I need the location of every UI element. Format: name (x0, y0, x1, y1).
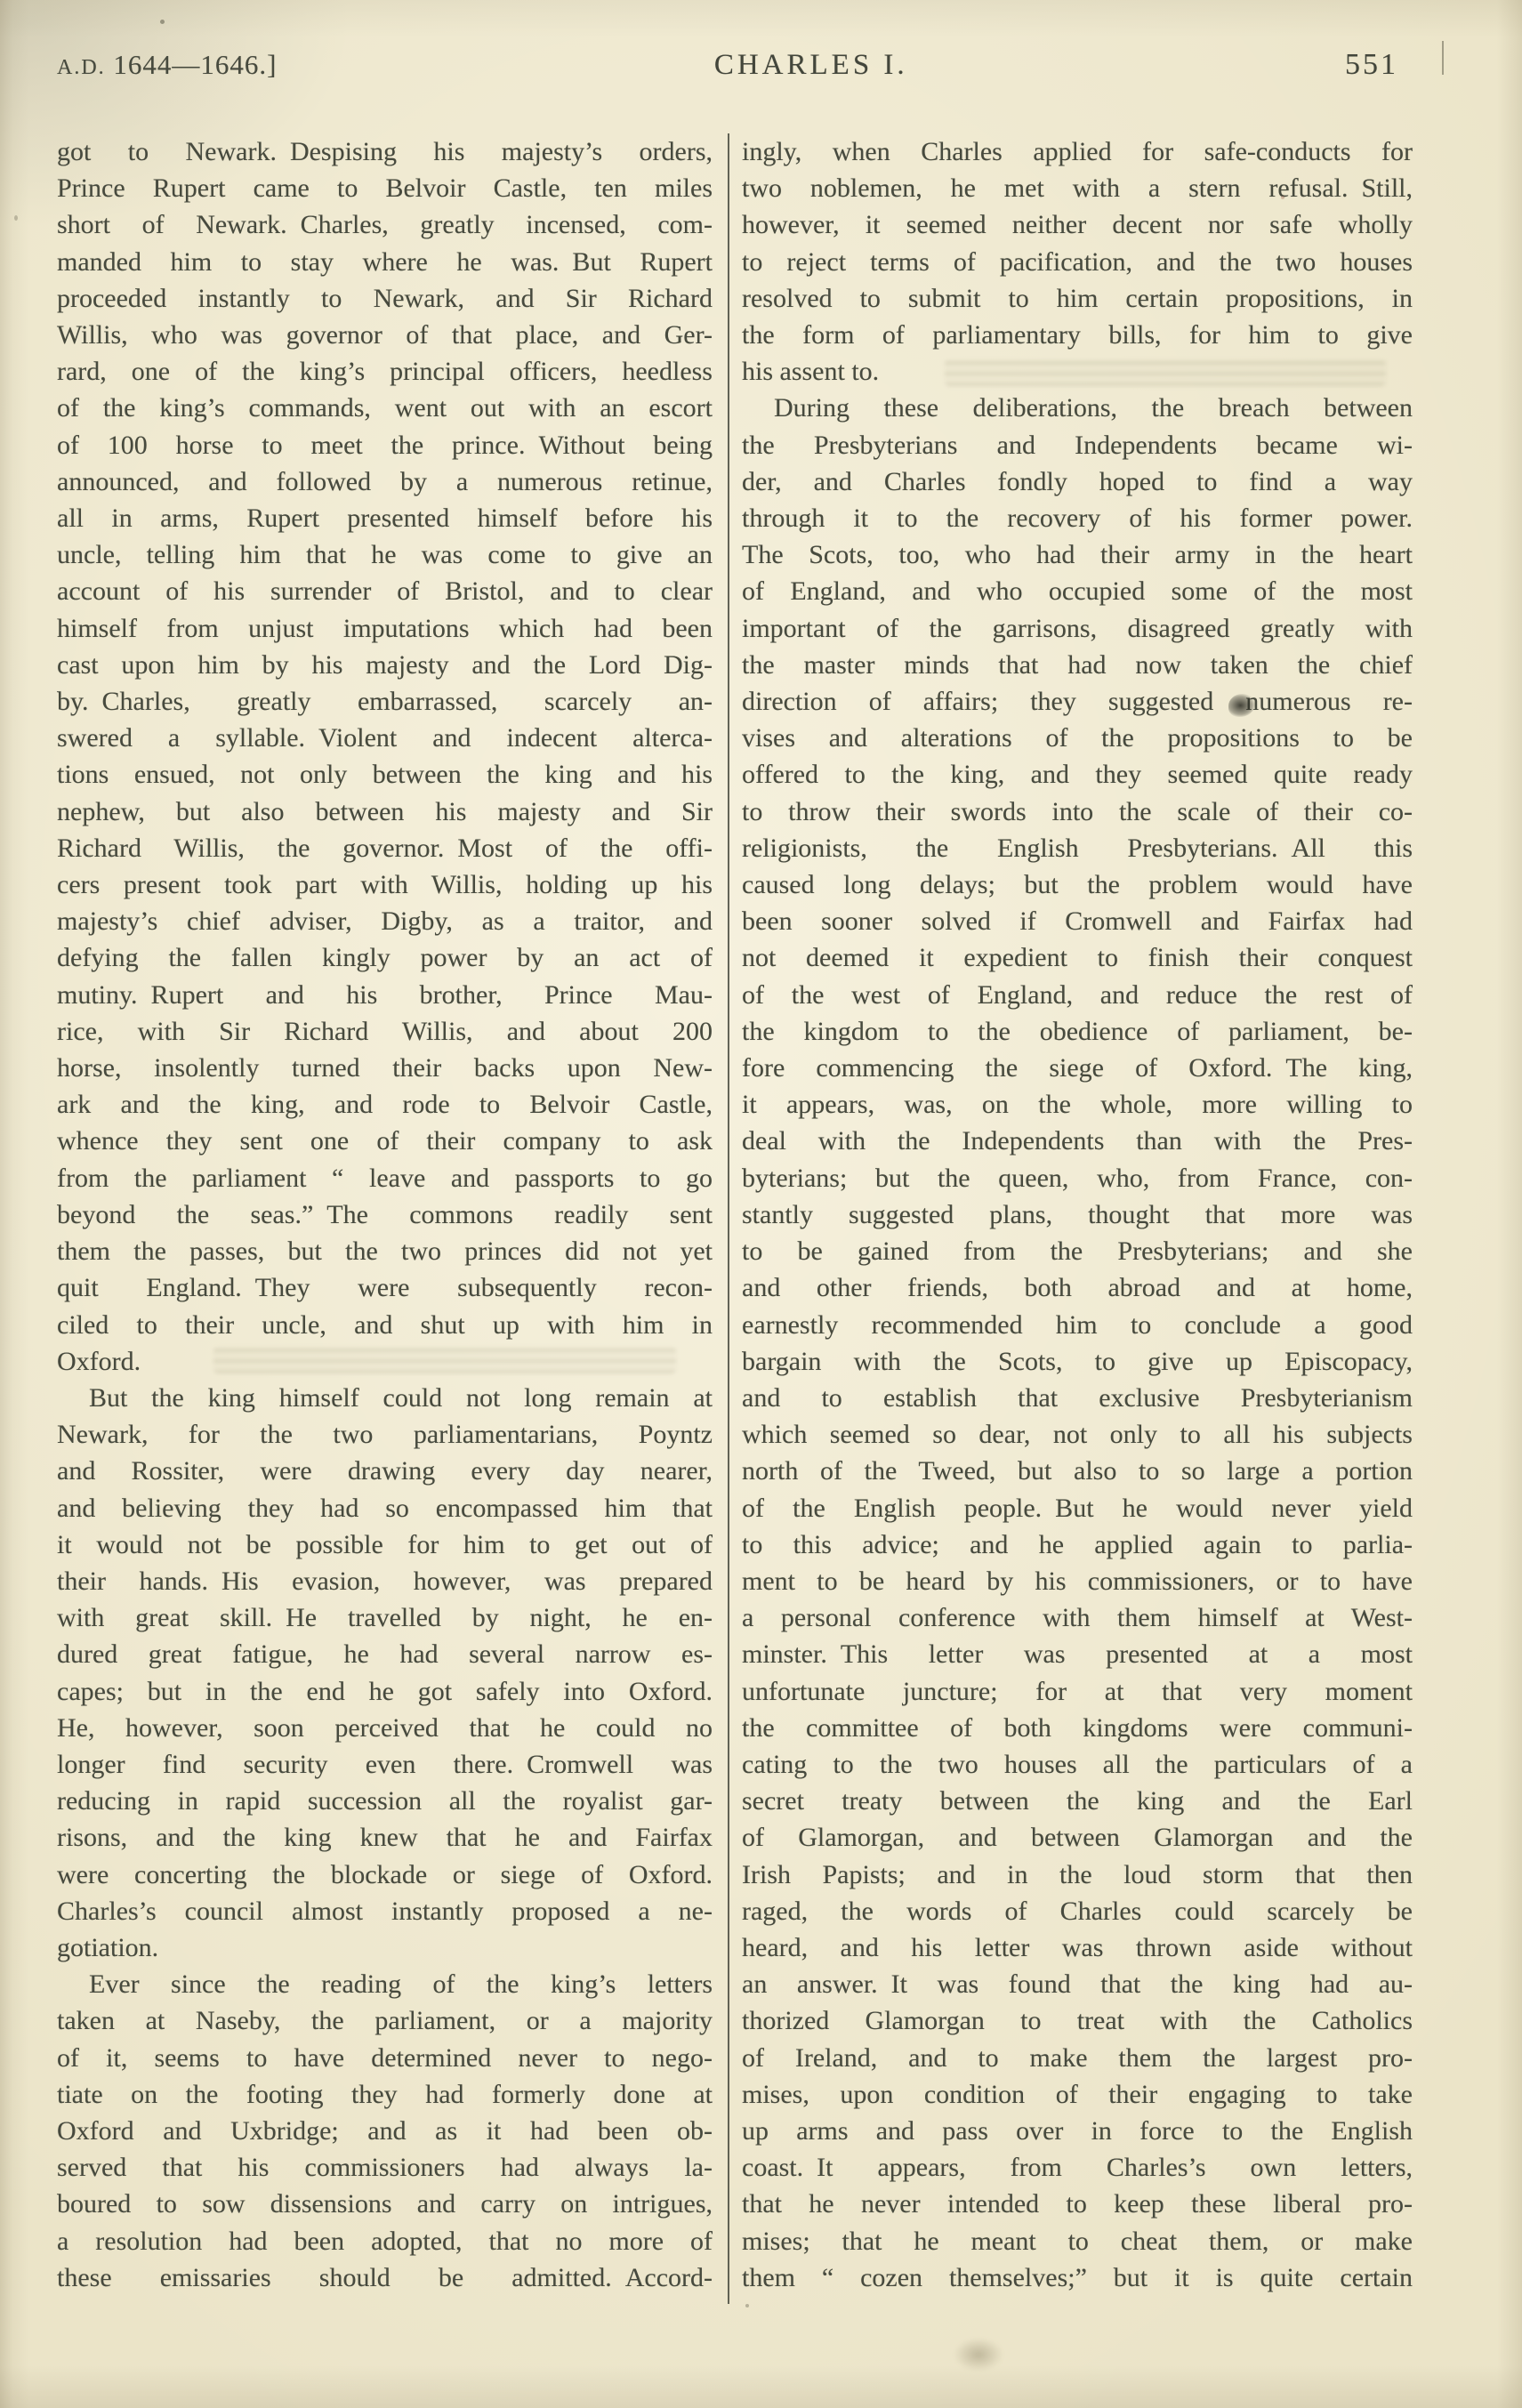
text-line: horse, insolently turned their backs upo… (57, 1050, 713, 1086)
text-line: of the king’s commands, went out with an… (57, 390, 713, 426)
showthrough-smudge (945, 359, 1386, 386)
text-line: of 100 horse to meet the prince. Without… (57, 427, 713, 463)
text-line: all in arms, Rupert presented himself be… (57, 500, 713, 536)
text-line: fore commencing the siege of Oxford. The… (742, 1050, 1413, 1086)
era-label: A.D. (57, 56, 106, 79)
text-line: himself from unjust imputations which ha… (57, 610, 713, 647)
text-line: and Rossiter, were drawing every day nea… (57, 1453, 713, 1489)
text-line: it would not be possible for him to get … (57, 1526, 713, 1563)
text-column-right: ingly, when Charles applied for safe-con… (742, 133, 1413, 2296)
text-line: Oxford and Uxbridge; and as it had been … (57, 2113, 713, 2149)
text-line: quit England. They were subsequently rec… (57, 1269, 713, 1306)
paper-speck (745, 2304, 749, 2307)
text-line: ark and the king, and rode to Belvoir Ca… (57, 1086, 713, 1123)
text-line: the Presbyterians and Independents becam… (742, 427, 1413, 463)
text-line: a resolution had been adopted, that no m… (57, 2223, 713, 2259)
text-line: the kingdom to the obedience of parliame… (742, 1013, 1413, 1050)
text-line: to reject terms of pacification, and the… (742, 244, 1413, 280)
text-line: to be gained from the Presbyterians; and… (742, 1233, 1413, 1269)
text-line: der, and Charles fondly hoped to find a … (742, 463, 1413, 500)
date-range: 1644—1646.] (113, 49, 277, 80)
text-line: mises, upon condition of their engaging … (742, 2076, 1413, 2113)
page-number: 551 (1345, 48, 1398, 82)
text-line: however, it seemed neither decent nor sa… (742, 206, 1413, 243)
header-date: A.D. 1644—1646.] (57, 49, 278, 81)
text-line: tions ensued, not only between the king … (57, 756, 713, 793)
text-line: short of Newark. Charles, greatly incens… (57, 206, 713, 243)
text-line: cers present took part with Willis, hold… (57, 866, 713, 903)
text-line: religionists, the English Presbyterians.… (742, 830, 1413, 866)
text-line: an answer. It was found that the king ha… (742, 1966, 1413, 2002)
text-line: The Scots, too, who had their army in th… (742, 536, 1413, 573)
text-line: heard, and his letter was thrown aside w… (742, 1929, 1413, 1966)
text-line: of the west of England, and reduce the r… (742, 977, 1413, 1013)
text-line: nephew, but also between his majesty and… (57, 793, 713, 830)
text-line: up arms and pass over in force to the En… (742, 2113, 1413, 2149)
text-line: through it to the recovery of his former… (742, 500, 1413, 536)
book-page: A.D. 1644—1646.] CHARLES I. 551 got to N… (0, 0, 1522, 2408)
paper-smudge (954, 2338, 1003, 2372)
text-line: beyond the seas.” The commons readily se… (57, 1196, 713, 1233)
text-line: were concerting the blockade or siege of… (57, 1856, 713, 1893)
text-line: announced, and followed by a numerous re… (57, 463, 713, 500)
text-line: these emissaries should be admitted. Acc… (57, 2259, 713, 2296)
text-line: dured great fatigue, he had several narr… (57, 1636, 713, 1672)
text-line: tiate on the footing they had formerly d… (57, 2076, 713, 2113)
column-divider-rule (728, 133, 729, 2304)
text-line: to throw their swords into the scale of … (742, 793, 1413, 830)
text-line: with great skill. He travelled by night,… (57, 1599, 713, 1636)
text-line: Prince Rupert came to Belvoir Castle, te… (57, 170, 713, 206)
text-line: But the king himself could not long rema… (57, 1380, 713, 1416)
text-line: of Glamorgan, and between Glamorgan and … (742, 1819, 1413, 1856)
text-line: cating to the two houses all the particu… (742, 1746, 1413, 1783)
text-line: of the English people. But he would neve… (742, 1490, 1413, 1526)
text-line: secret treaty between the king and the E… (742, 1783, 1413, 1819)
text-line: rice, with Sir Richard Willis, and about… (57, 1013, 713, 1050)
text-line: stantly suggested plans, thought that mo… (742, 1196, 1413, 1233)
text-line: uncle, telling him that he was come to g… (57, 536, 713, 573)
text-line: got to Newark. Despising his majesty’s o… (57, 133, 713, 170)
text-line: ciled to their uncle, and shut up with h… (57, 1307, 713, 1343)
text-line: mutiny. Rupert and his brother, Prince M… (57, 977, 713, 1013)
text-line: them the passes, but the two princes did… (57, 1233, 713, 1269)
text-line: vises and alterations of the proposition… (742, 720, 1413, 756)
text-line: important of the garrisons, disagreed gr… (742, 610, 1413, 647)
text-line: of Ireland, and to make them the largest… (742, 2040, 1413, 2076)
text-line: byterians; but the queen, who, from Fran… (742, 1160, 1413, 1196)
text-line: raged, the words of Charles could scarce… (742, 1893, 1413, 1929)
text-line: longer find security even there. Cromwel… (57, 1746, 713, 1783)
paper-speck (14, 215, 18, 221)
text-line: them “ cozen themselves;” but it is quit… (742, 2259, 1413, 2296)
running-title: CHARLES I. (278, 49, 1346, 82)
text-line: north of the Tweed, but also to so large… (742, 1453, 1413, 1489)
text-line: thorized Glamorgan to treat with the Cat… (742, 2002, 1413, 2039)
text-line: earnestly recommended him to conclude a … (742, 1307, 1413, 1343)
text-line: of England, and who occupied some of the… (742, 573, 1413, 609)
text-line: manded him to stay where he was. But Rup… (57, 244, 713, 280)
text-line: not deemed it expedient to finish their … (742, 939, 1413, 976)
text-line: capes; but in the end he got safely into… (57, 1673, 713, 1710)
text-line: mises; that he meant to cheat them, or m… (742, 2223, 1413, 2259)
text-line: defying the fallen kingly power by an ac… (57, 939, 713, 976)
text-line: proceeded instantly to Newark, and Sir R… (57, 280, 713, 317)
text-line: to this advice; and he applied again to … (742, 1526, 1413, 1563)
text-line: the form of parliamentary bills, for him… (742, 317, 1413, 353)
text-line: Charles’s council almost instantly propo… (57, 1893, 713, 1929)
showthrough-smudge (213, 1347, 676, 1373)
text-line: Irish Papists; and in the loud storm tha… (742, 1856, 1413, 1893)
text-line: taken at Naseby, the parliament, or a ma… (57, 2002, 713, 2039)
text-line: two noblemen, he met with a stern refusa… (742, 170, 1413, 206)
text-line: bargain with the Scots, to give up Episc… (742, 1343, 1413, 1380)
text-line: Willis, who was governor of that place, … (57, 317, 713, 353)
scan-edge-mark (1442, 41, 1444, 75)
text-line: their hands. His evasion, however, was p… (57, 1563, 713, 1599)
text-line: He, however, soon perceived that he coul… (57, 1710, 713, 1746)
text-line: ingly, when Charles applied for safe-con… (742, 133, 1413, 170)
text-line: by. Charles, greatly embarrassed, scarce… (57, 683, 713, 720)
text-line: of it, seems to have determined never to… (57, 2040, 713, 2076)
text-line: offered to the king, and they seemed qui… (742, 756, 1413, 793)
text-line: been sooner solved if Cromwell and Fairf… (742, 903, 1413, 939)
page-header: A.D. 1644—1646.] CHARLES I. 551 (57, 48, 1413, 82)
text-line: majesty’s chief adviser, Digby, as a tra… (57, 903, 713, 939)
text-line: it appears, was, on the whole, more will… (742, 1086, 1413, 1123)
text-line: minster. This letter was presented at a … (742, 1636, 1413, 1672)
text-line: coast. It appears, from Charles’s own le… (742, 2149, 1413, 2186)
text-line: unfortunate juncture; for at that very m… (742, 1673, 1413, 1710)
text-line: caused long delays; but the problem woul… (742, 866, 1413, 903)
text-line: cast upon him by his majesty and the Lor… (57, 647, 713, 683)
text-line: swered a syllable. Violent and indecent … (57, 720, 713, 756)
text-line: rard, one of the king’s principal office… (57, 353, 713, 390)
text-line: and other friends, both abroad and at ho… (742, 1269, 1413, 1306)
text-line: risons, and the king knew that he and Fa… (57, 1819, 713, 1856)
text-line: the committee of both kingdoms were comm… (742, 1710, 1413, 1746)
text-line: from the parliament “ leave and passport… (57, 1160, 713, 1196)
text-column-left: got to Newark. Despising his majesty’s o… (57, 133, 713, 2296)
text-line: ment to be heard by his commissioners, o… (742, 1563, 1413, 1599)
text-line: Richard Willis, the governor. Most of th… (57, 830, 713, 866)
text-line: that he never intended to keep these lib… (742, 2186, 1413, 2222)
text-line: gotiation. (57, 1929, 713, 1966)
text-line: the master minds that had now taken the … (742, 647, 1413, 683)
paper-speck (1281, 196, 1284, 199)
text-line: and believing they had so encompassed hi… (57, 1490, 713, 1526)
text-line: a personal conference with them himself … (742, 1599, 1413, 1636)
text-line: boured to sow dissensions and carry on i… (57, 2186, 713, 2222)
text-line: resolved to submit to him certain propos… (742, 280, 1413, 317)
text-line: direction of affairs; they suggested num… (742, 683, 1413, 720)
text-line: reducing in rapid succession all the roy… (57, 1783, 713, 1819)
text-line: which seemed so dear, not only to all hi… (742, 1416, 1413, 1453)
text-line: whence they sent one of their company to… (57, 1123, 713, 1159)
text-line: During these deliberations, the breach b… (742, 390, 1413, 426)
text-line: Newark, for the two parliamentarians, Po… (57, 1416, 713, 1453)
text-line: and to establish that exclusive Presbyte… (742, 1380, 1413, 1416)
text-line: Ever since the reading of the king’s let… (57, 1966, 713, 2002)
text-line: served that his commissioners had always… (57, 2149, 713, 2186)
paper-speck (160, 20, 165, 24)
text-line: deal with the Independents than with the… (742, 1123, 1413, 1159)
text-line: account of his surrender of Bristol, and… (57, 573, 713, 609)
